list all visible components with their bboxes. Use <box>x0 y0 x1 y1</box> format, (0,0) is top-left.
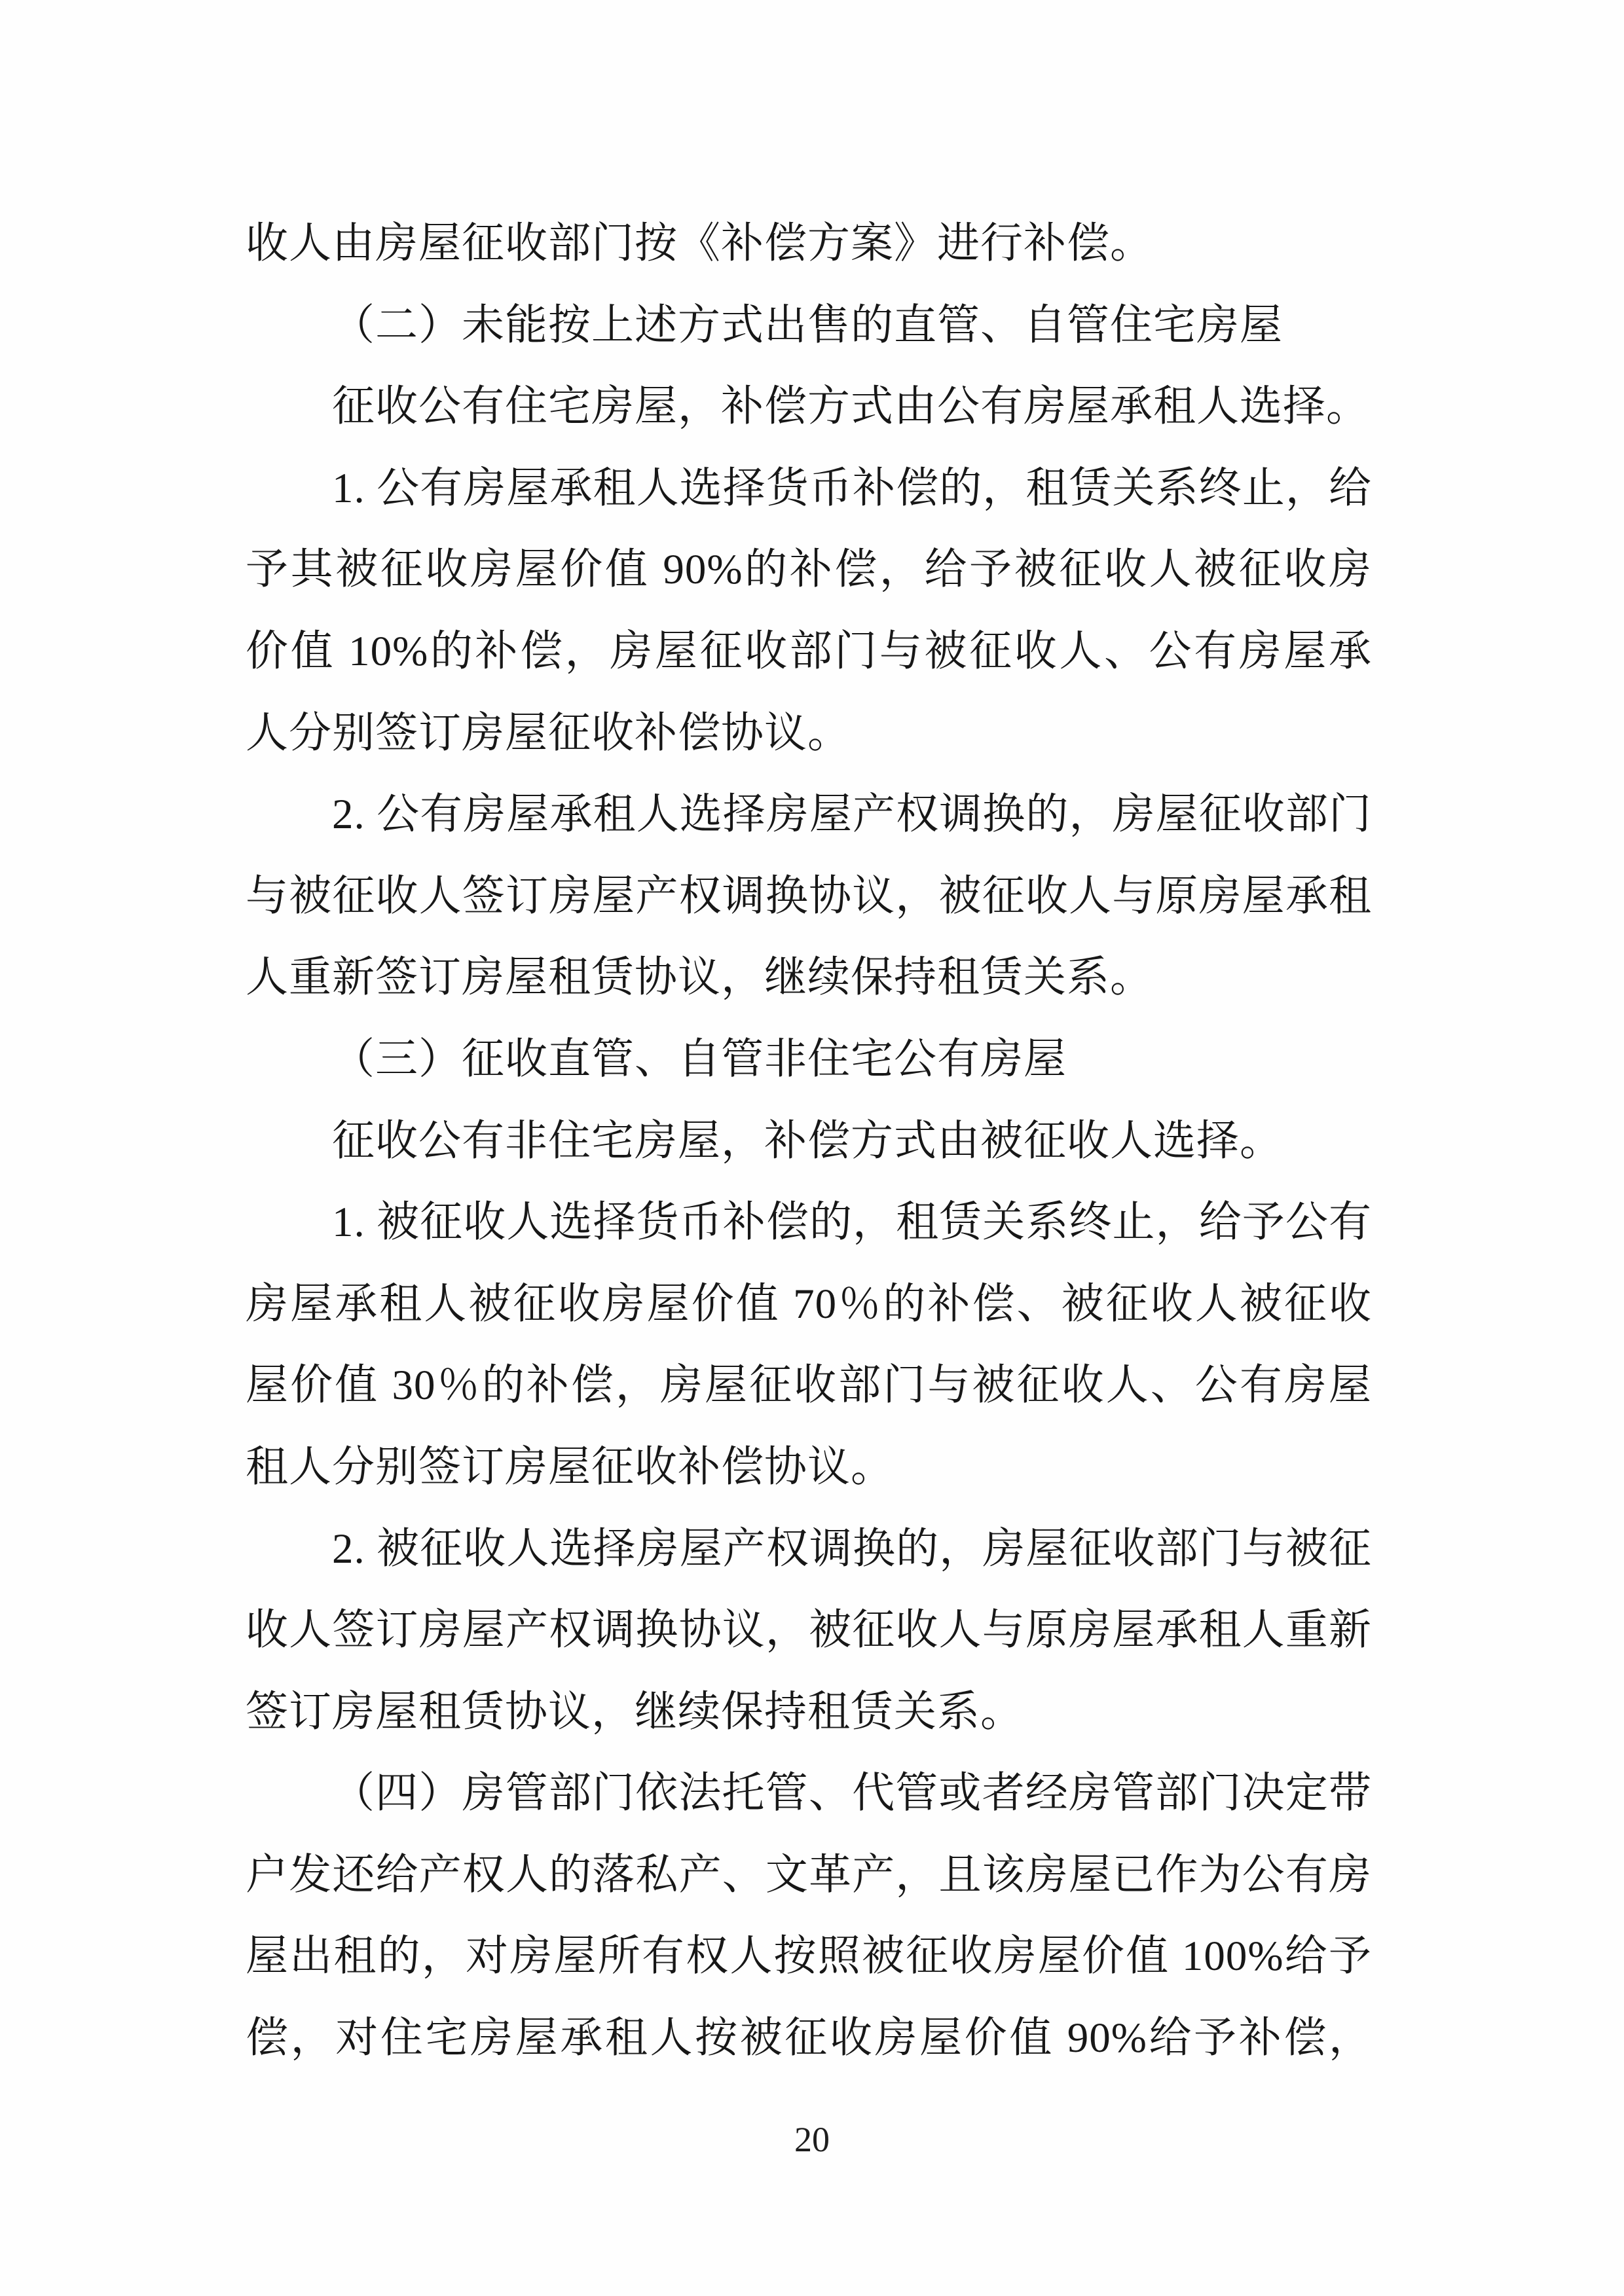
text-line: （二）未能按上述方式出售的直管、自管住宅房屋 <box>246 285 1372 367</box>
text-line: 户发还给产权人的落私产、文革产，且该房屋已作为公有房 <box>246 1834 1372 1916</box>
text-line: （三）征收直管、自管非住宅公有房屋 <box>246 1019 1372 1101</box>
text-line: 征收公有住宅房屋，补偿方式由公有房屋承租人选择。 <box>246 366 1372 448</box>
text-line: 屋出租的，对房屋所有权人按照被征收房屋价值 100%给予补 <box>246 1916 1372 1997</box>
text-line: 房屋承租人被征收房屋价值 70％的补偿、被征收人被征收房 <box>246 1264 1372 1345</box>
text-line: （四）房管部门依法托管、代管或者经房管部门决定带 <box>246 1753 1372 1834</box>
text-line: 予其被征收房屋价值 90%的补偿，给予被征收人被征收房屋 <box>246 529 1372 611</box>
text-line: 价值 10%的补偿，房屋征收部门与被征收人、公有房屋承租 <box>246 611 1372 693</box>
text-line: 2. 被征收人选择房屋产权调换的，房屋征收部门与被征 <box>246 1508 1372 1590</box>
page-number: 20 <box>0 2120 1624 2159</box>
document-text-body: 收人由房屋征收部门按《补偿方案》进行补偿。（二）未能按上述方式出售的直管、自管住… <box>246 203 1372 2079</box>
document-page: 收人由房屋征收部门按《补偿方案》进行补偿。（二）未能按上述方式出售的直管、自管住… <box>0 0 1624 2296</box>
text-line: 1. 公有房屋承租人选择货币补偿的，租赁关系终止，给 <box>246 448 1372 530</box>
text-line: 征收公有非住宅房屋，补偿方式由被征收人选择。 <box>246 1101 1372 1182</box>
text-line: 偿，对住宅房屋承租人按被征收房屋价值 90%给予补偿，对 <box>246 1997 1372 2079</box>
text-line: 签订房屋租赁协议，继续保持租赁关系。 <box>246 1671 1372 1753</box>
text-line: 屋价值 30％的补偿，房屋征收部门与被征收人、公有房屋承 <box>246 1345 1372 1427</box>
text-line: 1. 被征收人选择货币补偿的，租赁关系终止，给予公有 <box>246 1182 1372 1264</box>
text-line: 租人分别签订房屋征收补偿协议。 <box>246 1427 1372 1508</box>
text-line: 人重新签订房屋租赁协议，继续保持租赁关系。 <box>246 937 1372 1019</box>
text-line: 收人由房屋征收部门按《补偿方案》进行补偿。 <box>246 203 1372 285</box>
text-line: 收人签订房屋产权调换协议，被征收人与原房屋承租人重新 <box>246 1590 1372 1671</box>
text-line: 人分别签订房屋征收补偿协议。 <box>246 693 1372 774</box>
text-line: 与被征收人签订房屋产权调换协议，被征收人与原房屋承租 <box>246 856 1372 938</box>
text-line: 2. 公有房屋承租人选择房屋产权调换的，房屋征收部门 <box>246 774 1372 856</box>
